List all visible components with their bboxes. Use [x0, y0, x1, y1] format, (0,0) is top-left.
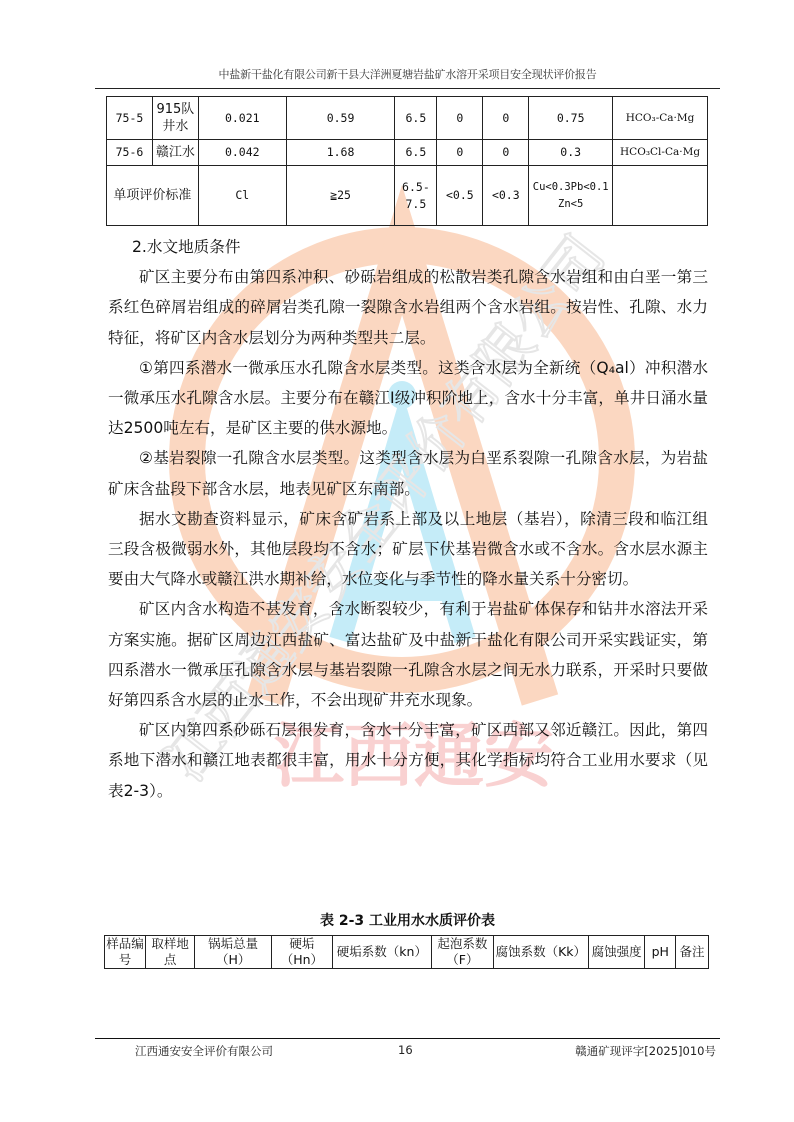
paragraph: 据水文勘查资料显示，矿床含矿岩系上部及以上地层（基岩），除清三段和临江组三段含极… — [108, 504, 708, 595]
table-header-row: 样品编号 取样地点 锅垢总量（H） 硬垢（Hn） 硬垢系数（kn） 起泡系数（F… — [105, 936, 709, 969]
paragraph: ②基岩裂隙一孔隙含水层类型。这类型含水层为白垩系裂隙一孔隙含水层，为岩盐矿床含盐… — [108, 443, 708, 503]
footer-divider — [95, 1038, 720, 1039]
paragraph: ①第四系潜水一微承压水孔隙含水层类型。这类含水层为全新统（Q₄al）冲积潜水一微… — [108, 353, 708, 444]
col-header: 腐蚀系数（Kk） — [493, 936, 588, 969]
col-header: 备注 — [676, 936, 709, 969]
section-body: 2.水文地质条件 矿区主要分布由第四系冲积、砂砾岩组成的松散岩类孔隙含水岩组和由… — [108, 232, 708, 806]
paragraph: 矿区主要分布由第四系冲积、砂砾岩组成的松散岩类孔隙含水岩组和由白垩一第三系红色碎… — [108, 262, 708, 353]
col-header: 腐蚀强度 — [588, 936, 644, 969]
table-row: 75-5 915队井水 0.021 0.59 6.5 0 0 0.75 HCO₃… — [107, 97, 708, 140]
paragraph: 矿区内含水构造不甚发育，含水断裂较少，有利于岩盐矿体保存和钻井水溶法开采方案实施… — [108, 594, 708, 715]
paragraph: 矿区内第四系砂砾石层很发育，含水十分丰富，矿区西部又邻近赣江。因此，第四系地下潜… — [108, 715, 708, 806]
section-heading: 2.水文地质条件 — [108, 232, 708, 262]
col-header: 样品编号 — [105, 936, 146, 969]
standard-row: 单项评价标准 Cl ≧25 6.5-7.5 <0.5 <0.3 Cu<0.3Pb… — [107, 166, 708, 226]
header-divider — [95, 88, 720, 89]
page-header: 中盐新干盐化有限公司新干县大洋洲夏塘岩盐矿水溶开采项目安全现状评价报告 — [95, 66, 720, 82]
col-header: pH — [645, 936, 676, 969]
industrial-water-quality-table: 样品编号 取样地点 锅垢总量（H） 硬垢（Hn） 硬垢系数（kn） 起泡系数（F… — [104, 935, 709, 969]
page-number: 16 — [398, 1043, 413, 1057]
table-caption: 表 2-3 工业用水水质评价表 — [95, 910, 720, 930]
col-header: 起泡系数（F） — [432, 936, 494, 969]
water-quality-table-continued: 75-5 915队井水 0.021 0.59 6.5 0 0 0.75 HCO₃… — [106, 96, 708, 226]
footer-company: 江西通安安全评价有限公司 — [135, 1043, 273, 1059]
document-number: 赣通矿现评字[2025]010号 — [575, 1043, 716, 1059]
table-row: 75-6 赣江水 0.042 1.68 6.5 0 0 0.3 HCO₃Cl-C… — [107, 140, 708, 166]
col-header: 硬垢系数（kn） — [332, 936, 431, 969]
col-header: 锅垢总量（H） — [195, 936, 272, 969]
col-header: 取样地点 — [146, 936, 195, 969]
col-header: 硬垢（Hn） — [272, 936, 333, 969]
